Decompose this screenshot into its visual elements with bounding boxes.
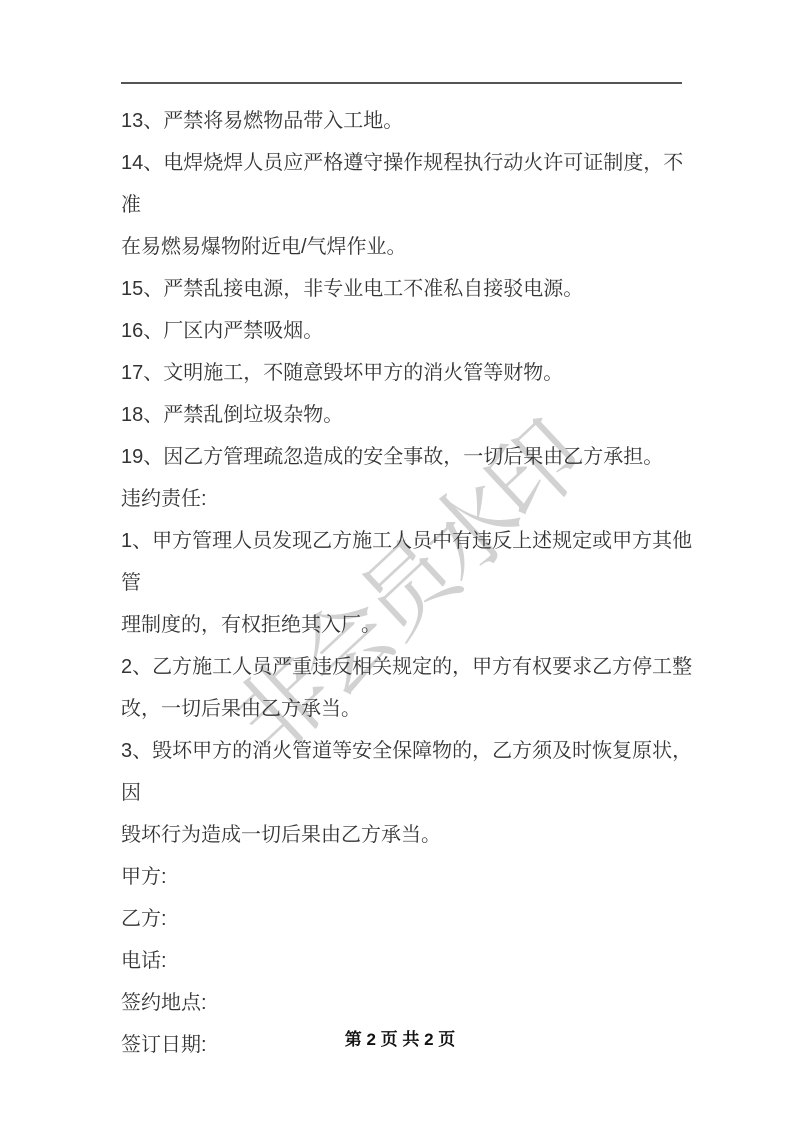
field-phone: 电话: (121, 940, 699, 982)
field-signing-place: 签约地点: (121, 982, 699, 1024)
field-party-a: 甲方: (121, 856, 699, 898)
clause-14: 14、电焊烧焊人员应严格遵守操作规程执行动火许可证制度，不准 在易燃易爆物附近电… (121, 142, 699, 268)
field-party-b: 乙方: (121, 898, 699, 940)
clause-15: 15、严禁乱接电源，非专业电工不准私自接驳电源。 (121, 268, 699, 310)
breach-liability-heading: 违约责任: (121, 478, 699, 520)
page-footer: 第 2 页 共 2 页 (0, 1025, 800, 1050)
clause-17: 17、文明施工，不随意毁坏甲方的消火管等财物。 (121, 352, 699, 394)
clause-16: 16、厂区内严禁吸烟。 (121, 310, 699, 352)
clause-18: 18、严禁乱倒垃圾杂物。 (121, 394, 699, 436)
breach-clause-1: 1、甲方管理人员发现乙方施工人员中有违反上述规定或甲方其他管 理制度的，有权拒绝… (121, 520, 699, 646)
page-number: 第 2 页 共 2 页 (345, 1030, 456, 1049)
clause-13: 13、严禁将易燃物品带入工地。 (121, 100, 699, 142)
header-separator-line (121, 82, 682, 84)
document-body: 13、严禁将易燃物品带入工地。 14、电焊烧焊人员应严格遵守操作规程执行动火许可… (121, 100, 699, 1066)
breach-clause-3: 3、毁坏甲方的消火管道等安全保障物的，乙方须及时恢复原状，因 毁坏行为造成一切后… (121, 730, 699, 856)
breach-clause-2: 2、乙方施工人员严重违反相关规定的，甲方有权要求乙方停工整 改，一切后果由乙方承… (121, 646, 699, 730)
document-page: 非会员水印 13、严禁将易燃物品带入工地。 14、电焊烧焊人员应严格遵守操作规程… (0, 0, 800, 1131)
clause-19: 19、因乙方管理疏忽造成的安全事故，一切后果由乙方承担。 (121, 436, 699, 478)
